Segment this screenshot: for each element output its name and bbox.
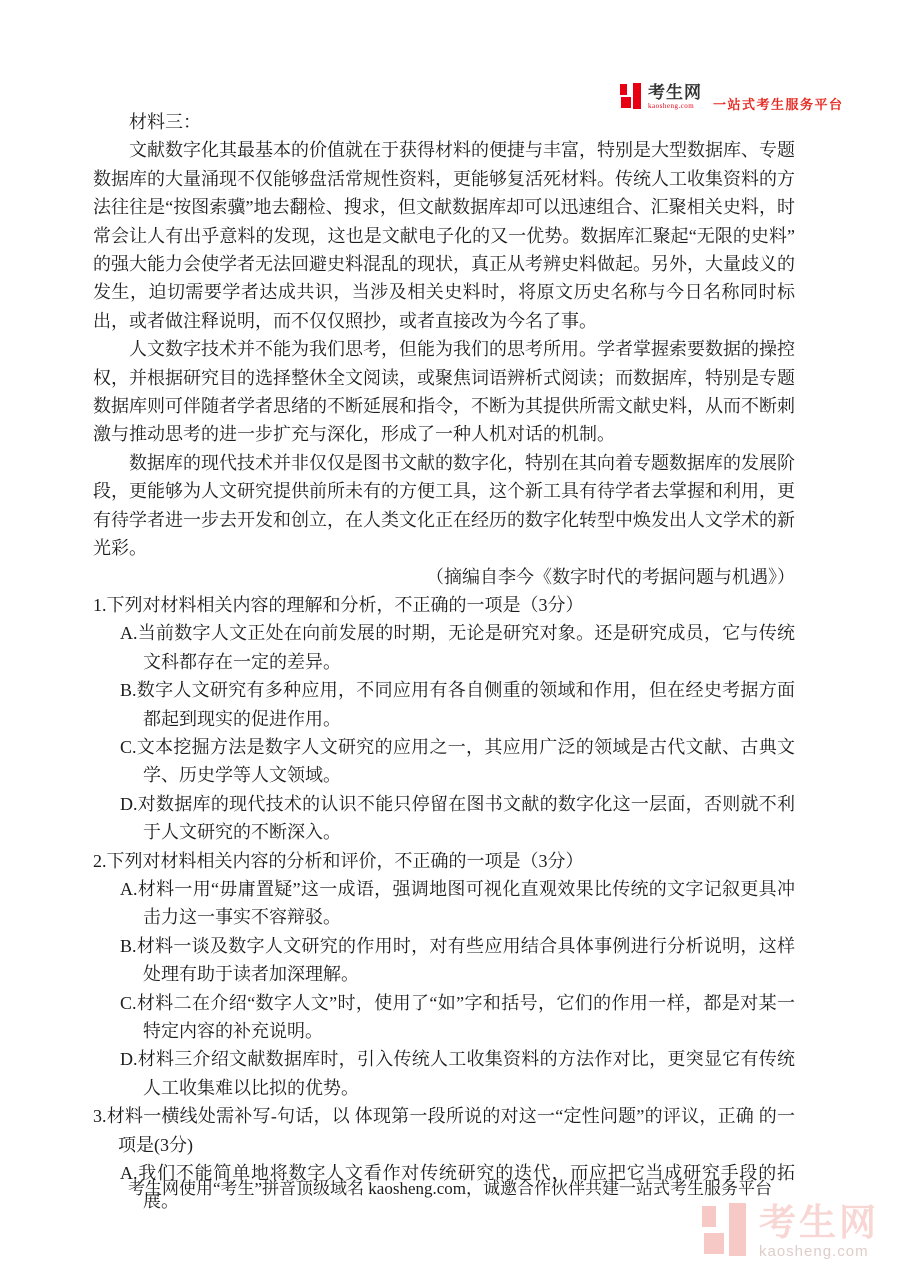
option-label: A. — [120, 879, 138, 899]
option-text: 文本挖掘方法是数字人文研究的应用之一，其应用广泛的领域是古代文献、古典文学、历史… — [137, 737, 795, 785]
question-2-option-d: D.材料三介绍文献数据库时，引入传统人工收集资料的方法作对比，更突显它有传统人工… — [120, 1045, 795, 1102]
footer-slogan: 考生网使用“考生”拼音顶级域名 kaosheng.com，诚邀合作伙伴共建一站式… — [0, 1176, 900, 1202]
option-label: D. — [120, 794, 138, 814]
question-number: 1. — [93, 595, 107, 615]
question-number: 3. — [93, 1106, 107, 1126]
watermark-domain-text: kaosheng.com — [759, 1243, 879, 1260]
material-paragraph: 文献数字化其最基本的价值就在于获得材料的便捷与丰富，特别是大型数据库、专题数据库… — [93, 136, 795, 335]
option-label: D. — [120, 1049, 138, 1069]
option-text: 材料一谈及数字人文研究的作用时，对有些应用结合具体事例进行分析说明，这样处理有助… — [137, 936, 795, 984]
option-label: B. — [120, 936, 137, 956]
option-text: 数字人文研究有多种应用，不同应用有各自侧重的领域和作用，但在经史考据方面都起到现… — [137, 680, 795, 728]
option-label: A. — [120, 623, 138, 643]
question-stem-text: 材料一横线处需补写-句话，以 体现第一段所说的对这一“定性问题”的评议，正确 的… — [107, 1106, 796, 1154]
kaosheng-logo-icon — [620, 83, 643, 110]
option-text: 对数据库的现代技术的认识不能只停留在图书文献的数字化这一层面，否则就不利于人文研… — [138, 794, 796, 842]
option-text: 材料二在介绍“数字人文”时，使用了“如”字和括号，它们的作用一样，都是对某一特定… — [137, 993, 795, 1041]
kaosheng-watermark: 考生网 kaosheng.com — [702, 1203, 879, 1260]
question-stem-text: 下列对材料相关内容的分析和评价，不正确的一项是（3分） — [107, 851, 584, 871]
question-stem-text: 下列对材料相关内容的理解和分析，不正确的一项是（3分） — [107, 595, 584, 615]
material-paragraph: 人文数字技术并不能为我们思考，但能为我们的思考所用。学者掌握索要数据的操控权，并… — [93, 335, 795, 449]
question-3-stem: 3.材料一横线处需补写-句话，以 体现第一段所说的对这一“定性问题”的评议，正确… — [93, 1102, 795, 1159]
option-text: 材料三介绍文献数据库时，引入传统人工收集资料的方法作对比，更突显它有传统人工收集… — [138, 1049, 796, 1097]
option-label: C. — [120, 993, 137, 1013]
option-text: 当前数字人文正处在向前发展的时期，无论是研究对象。还是研究成员，它与传统文科都存… — [138, 623, 796, 671]
option-label: B. — [120, 680, 137, 700]
option-label: C. — [120, 737, 137, 757]
material-paragraph: 数据库的现代技术并非仅仅是图书文献的数字化，特别在其向着专题数据库的发展阶段，更… — [93, 449, 795, 563]
watermark-text-block: 考生网 kaosheng.com — [759, 1203, 879, 1260]
logo-brand-name: 考生网 — [648, 83, 702, 102]
question-1-option-d: D.对数据库的现代技术的认识不能只停留在图书文献的数字化这一层面，否则就不利于人… — [120, 790, 795, 847]
watermark-brand-name: 考生网 — [759, 1203, 879, 1243]
source-attribution: （摘编自李今《数字时代的考据问题与机遇》） — [93, 563, 795, 591]
question-2-stem: 2.下列对材料相关内容的分析和评价，不正确的一项是（3分） — [93, 847, 795, 875]
question-1-option-c: C.文本挖掘方法是数字人文研究的应用之一，其应用广泛的领域是古代文献、古典文学、… — [120, 733, 795, 790]
question-2-option-c: C.材料二在介绍“数字人文”时，使用了“如”字和括号，它们的作用一样，都是对某一… — [120, 989, 795, 1046]
logo-text-block: 考生网 kaosheng.com — [648, 83, 702, 110]
question-number: 2. — [93, 851, 107, 871]
option-text: 材料一用“毋庸置疑”这一成语，强调地图可视化直观效果比传统的文字记叙更具冲击力这… — [138, 879, 796, 927]
question-1: 1.下列对材料相关内容的理解和分析，不正确的一项是（3分） A.当前数字人文正处… — [93, 591, 795, 847]
question-2-option-b: B.材料一谈及数字人文研究的作用时，对有些应用结合具体事例进行分析说明，这样处理… — [120, 932, 795, 989]
question-2: 2.下列对材料相关内容的分析和评价，不正确的一项是（3分） A.材料一用“毋庸置… — [93, 847, 795, 1103]
kaosheng-watermark-icon — [702, 1203, 750, 1259]
question-2-option-a: A.材料一用“毋庸置疑”这一成语，强调地图可视化直观效果比传统的文字记叙更具冲击… — [120, 875, 795, 932]
question-1-stem: 1.下列对材料相关内容的理解和分析，不正确的一项是（3分） — [93, 591, 795, 619]
question-1-option-b: B.数字人文研究有多种应用，不同应用有各自侧重的领域和作用，但在经史考据方面都起… — [120, 676, 795, 733]
exam-page-content: 材料三： 文献数字化其最基本的价值就在于获得材料的便捷与丰富，特别是大型数据库、… — [93, 108, 795, 1216]
question-1-option-a: A.当前数字人文正处在向前发展的时期，无论是研究对象。还是研究成员，它与传统文科… — [120, 619, 795, 676]
material-three-label: 材料三： — [93, 108, 795, 136]
